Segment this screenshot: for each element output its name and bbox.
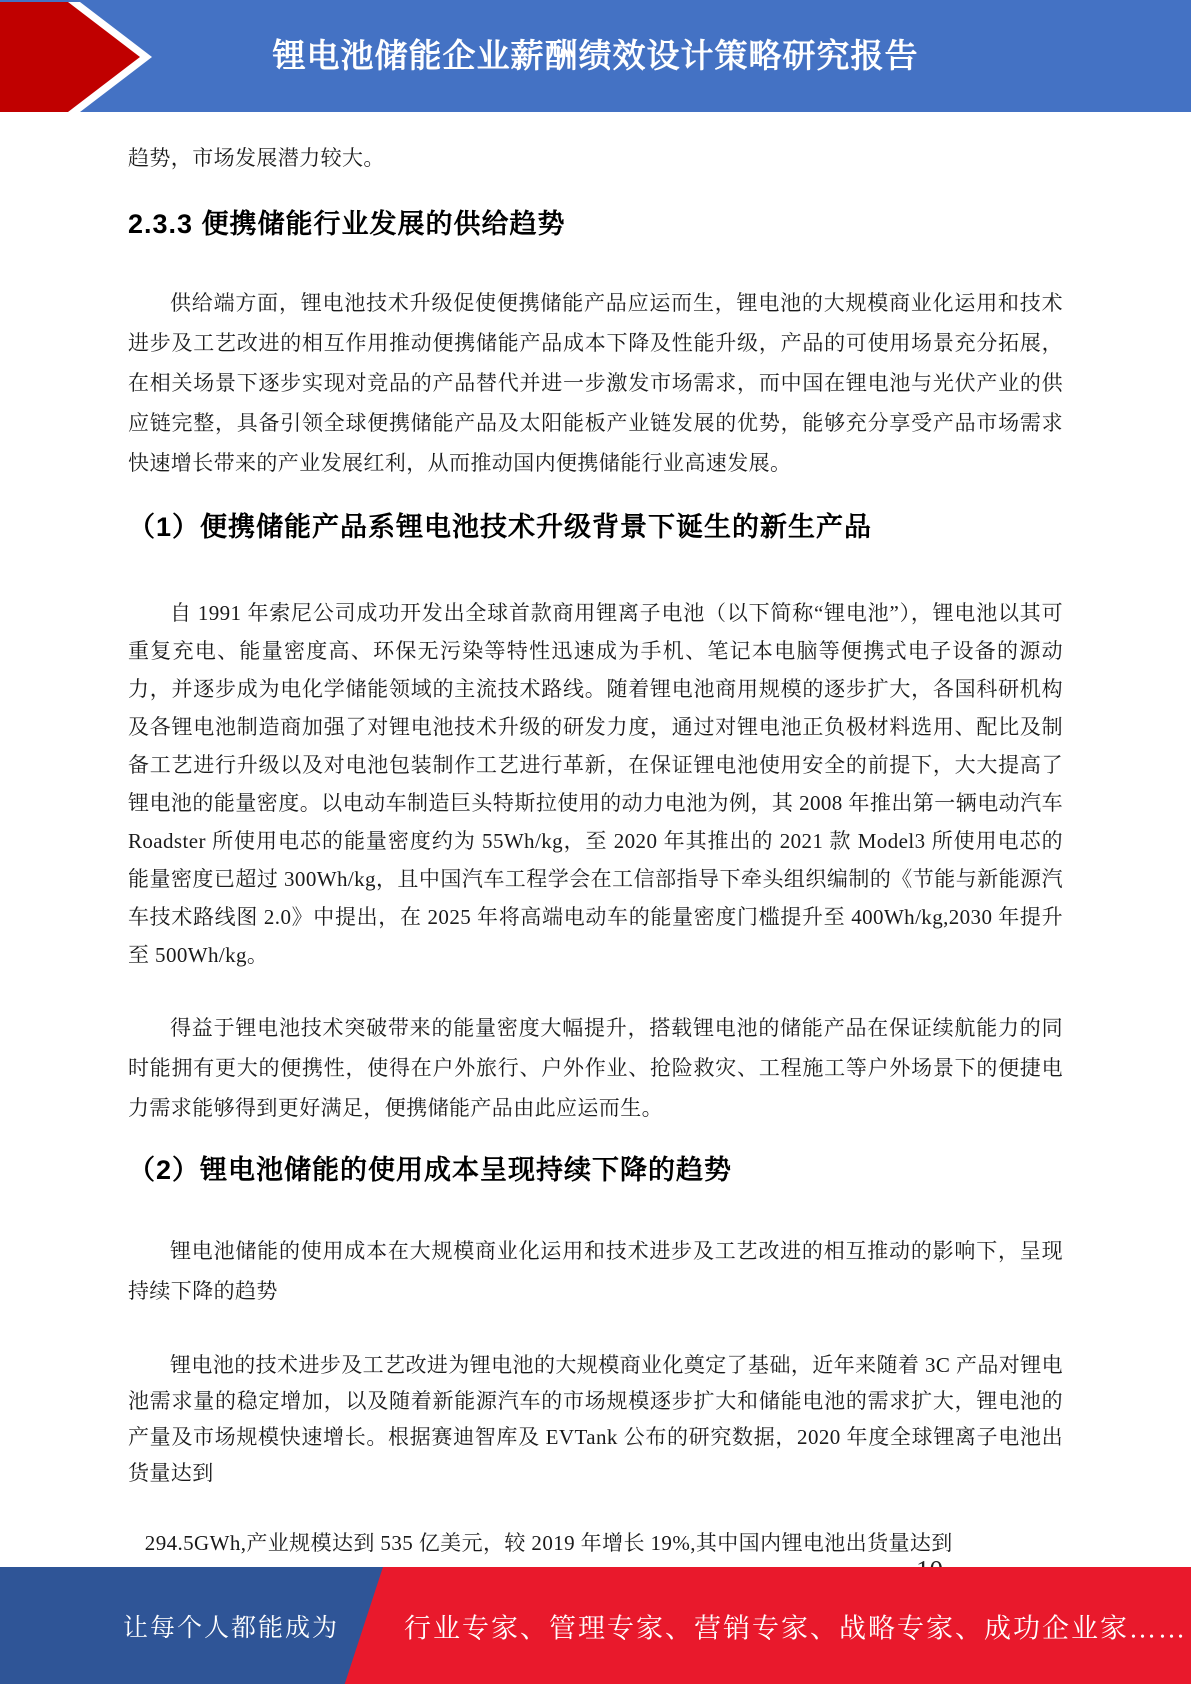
footer-blue-panel: 让每个人都能成为 <box>0 1567 383 1684</box>
section-heading-2-3-3: 2.3.3 便携储能行业发展的供给趋势 <box>128 202 1063 241</box>
report-footer: 让每个人都能成为 行业专家、管理专家、营销专家、战略专家、成功企业家…… <box>0 1567 1191 1684</box>
report-page: 锂电池储能企业薪酬绩效设计策略研究报告 趋势，市场发展潜力较大。 2.3.3 便… <box>0 0 1191 1684</box>
paragraph-cost-trend: 锂电池储能的使用成本在大规模商业化运用和技术进步及工艺改进的相互推动的影响下，呈… <box>128 1231 1063 1311</box>
paragraph-battery-history: 自 1991 年索尼公司成功开发出全球首款商用锂离子电池（以下简称“锂电池”），… <box>128 594 1063 974</box>
paragraph-energy-density-benefit: 得益于锂电池技术突破带来的能量密度大幅提升，搭载锂电池的储能产品在保证续航能力的… <box>128 1008 1063 1128</box>
report-header: 锂电池储能企业薪酬绩效设计策略研究报告 <box>0 0 1191 112</box>
subheading-1: （1）便携储能产品系锂电池技术升级背景下诞生的新生产品 <box>128 505 1063 544</box>
footer-slogan-left: 让每个人都能成为 <box>123 1608 339 1644</box>
footer-slogan-right: 行业专家、管理专家、营销专家、战略专家、成功企业家…… <box>404 1606 1187 1645</box>
paragraph-supply-side: 供给端方面，锂电池技术升级促使便携储能产品应运而生，锂电池的大规模商业化运用和技… <box>128 283 1063 483</box>
paragraph-market-growth: 锂电池的技术进步及工艺改进为锂电池的大规模商业化奠定了基础，近年来随着 3C 产… <box>128 1347 1063 1491</box>
subheading-2: （2）锂电池储能的使用成本呈现持续下降的趋势 <box>128 1148 1063 1187</box>
report-title: 锂电池储能企业薪酬绩效设计策略研究报告 <box>0 30 1191 77</box>
paragraph-intro-continuation: 趋势，市场发展潜力较大。 <box>128 138 1063 178</box>
document-body: 趋势，市场发展潜力较大。 2.3.3 便携储能行业发展的供给趋势 供给端方面，锂… <box>0 112 1191 1586</box>
